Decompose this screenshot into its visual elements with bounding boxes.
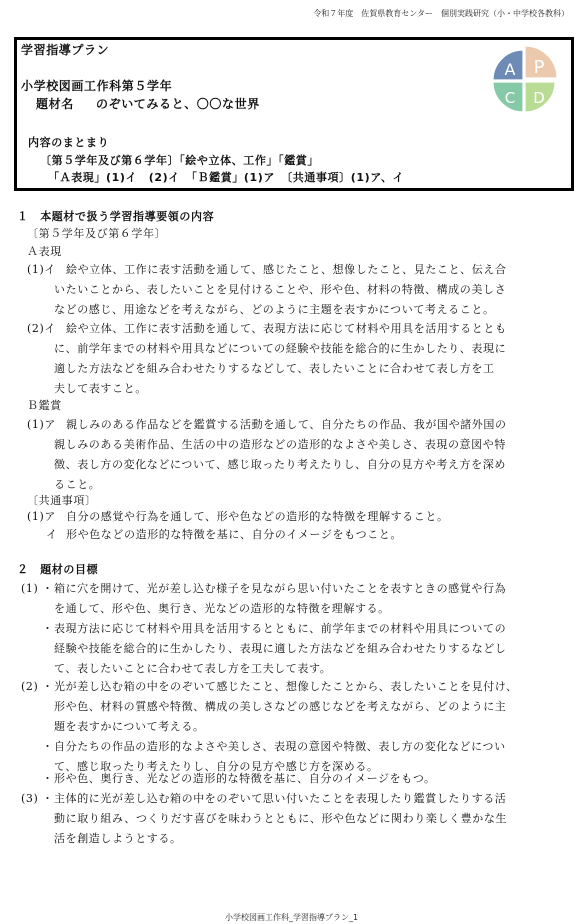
summary-line-2: 「Ａ表現」(1)イ (2)イ 「Ｂ鑑賞」(1)ア 〔共通事項〕(1)ア、イ — [48, 171, 404, 185]
c1-marker: (1)ア — [27, 510, 56, 524]
bullet: ・ — [42, 680, 54, 694]
g1-line: 経験や技能を総合的に生かしたり、表現に適した方法などを組み合わせたりするなどし — [54, 642, 506, 656]
bullet: ・ — [42, 582, 54, 596]
theme-name: のぞいてみると、〇〇な世界 — [96, 97, 260, 111]
c1-text: 自分の感覚や行為を通して、形や色などの造形的な特徴を理解すること。 — [66, 510, 449, 524]
a1-line: いたいことから、表したいことを見付けることや、形や色、材料の特徴、構成の美しさ — [54, 283, 506, 297]
a1-marker: (1)イ — [27, 263, 56, 277]
grade-label: 〔第５学年及び第６学年〕 — [27, 227, 166, 241]
logo-letter-c: C — [505, 89, 515, 107]
section-2-heading: ２ 題材の目標 — [17, 563, 98, 577]
page-footer: 小学校図画工作科_学習指導プラン_1 — [0, 911, 583, 924]
g2-line: 形や色、奥行き、光などの造形的な特徴を基に、自分のイメージをもつ。 — [54, 772, 436, 786]
g3-line: 主体的に光が差し込む箱の中をのぞいて思い付いたことを表現したり鑑賞したりする活 — [54, 792, 506, 806]
bullet: ・ — [42, 772, 54, 786]
b1-line: 徴、表し方の変化などについて、感じ取ったり考えたりし、自分の見方や考え方を深め — [54, 458, 506, 472]
a-expression-label: Ａ表現 — [27, 245, 62, 259]
bullet: ・ — [42, 622, 54, 636]
c2-marker: イ — [46, 528, 58, 542]
a2-line: 絵や立体、工作に表す活動を通して、表現方法に応じて材料や用具を活用するととも — [66, 322, 507, 336]
logo-letter-a: A — [505, 60, 516, 79]
g1-line: を通して、形や色、奥行き、光などの造形的な特徴を理解する。 — [54, 602, 390, 616]
g2-line: 形や色、材料の質感や特徴、構成の美しさなどの感じなどを考えながら、どのように主 — [54, 700, 506, 714]
a2-line: に、前学年までの材料や用具などについての経験や技能を総合的に生かしたり、表現に — [54, 342, 506, 356]
g1-line: て、表したいことに合わせて表し方を工夫して表す。 — [54, 662, 331, 676]
bullet: ・ — [42, 740, 54, 754]
summary-label: 内容のまとまり — [28, 136, 109, 150]
bullet: ・ — [42, 792, 54, 806]
g2-line: 題を表すかについて考える。 — [54, 720, 205, 734]
plan-title: 学習指導プラン — [21, 43, 109, 57]
b1-marker: (1)ア — [27, 418, 56, 432]
b1-line: 親しみのある作品などを鑑賞する活動を通して、自分たちの作品、我が国や諸外国の — [66, 418, 507, 432]
c2-text: 形や色などの造形的な特徴を基に、自分のイメージをもつこと。 — [66, 528, 402, 542]
theme-label: 題材名 — [36, 97, 74, 111]
g1-line: 箱に穴を開けて、光が差し込む様子を見ながら思い付いたことを表すときの感覚や行為 — [54, 582, 506, 596]
g3-line: 活を創造しようとする。 — [54, 832, 182, 846]
a1-line: 絵や立体、工作に表す活動を通して、感じたこと、想像したこと、見たこと、伝え合 — [66, 263, 507, 277]
a2-line: 夫して表すこと。 — [54, 382, 147, 396]
grade-line: 小学校図画工作科第５学年 — [21, 79, 172, 93]
b1-line: 親しみのある美術作品、生活の中の造形などの造形的なよさや美しさ、表現の意図や特 — [54, 438, 506, 452]
g1-line: 表現方法に応じて材料や用具を活用するとともに、前学年までの材料や用具についての — [54, 622, 506, 636]
a1-line: などの感じ、用途などを考えながら、どのように主題を表すかについて考えること。 — [54, 303, 495, 317]
g2-line: 自分たちの作品の造形的なよさや美しさ、表現の意図や特徴、表し方の変化などについ — [54, 740, 506, 754]
g2-line: 光が差し込む箱の中をのぞいて感じたこと、想像したことから、表したいことを見付け、 — [54, 680, 518, 694]
b1-line: ること。 — [54, 478, 100, 492]
g1-marker: (1) — [21, 582, 38, 596]
b-appreciation-label: Ｂ鑑賞 — [27, 399, 62, 413]
apdc-cycle-icon: A P C D — [489, 44, 559, 114]
g2-marker: (2) — [21, 680, 38, 694]
common-items-label: 〔共通事項〕 — [27, 494, 97, 508]
summary-line-1: 〔第５学年及び第６学年〕「絵や立体、工作」「鑑賞」 — [40, 154, 319, 168]
a2-marker: (2)イ — [27, 322, 56, 336]
g3-marker: (3) — [21, 792, 38, 806]
section-1-heading: １ 本題材で扱う学習指導要領の内容 — [17, 210, 214, 224]
logo-letter-p: P — [534, 57, 545, 78]
g3-line: 動に取り組み、つくりだす喜びを味わうとともに、形や色などに関わり楽しく豊かな生 — [54, 812, 507, 826]
document-header: 令和７年度 佐賀県教育センター 個別実践研究（小・中学校各教科） — [313, 7, 569, 21]
a2-line: 適した方法などを組み合わせたりするなどして、表したいことに合わせて表し方を工 — [54, 362, 495, 376]
logo-letter-d: D — [533, 89, 545, 107]
